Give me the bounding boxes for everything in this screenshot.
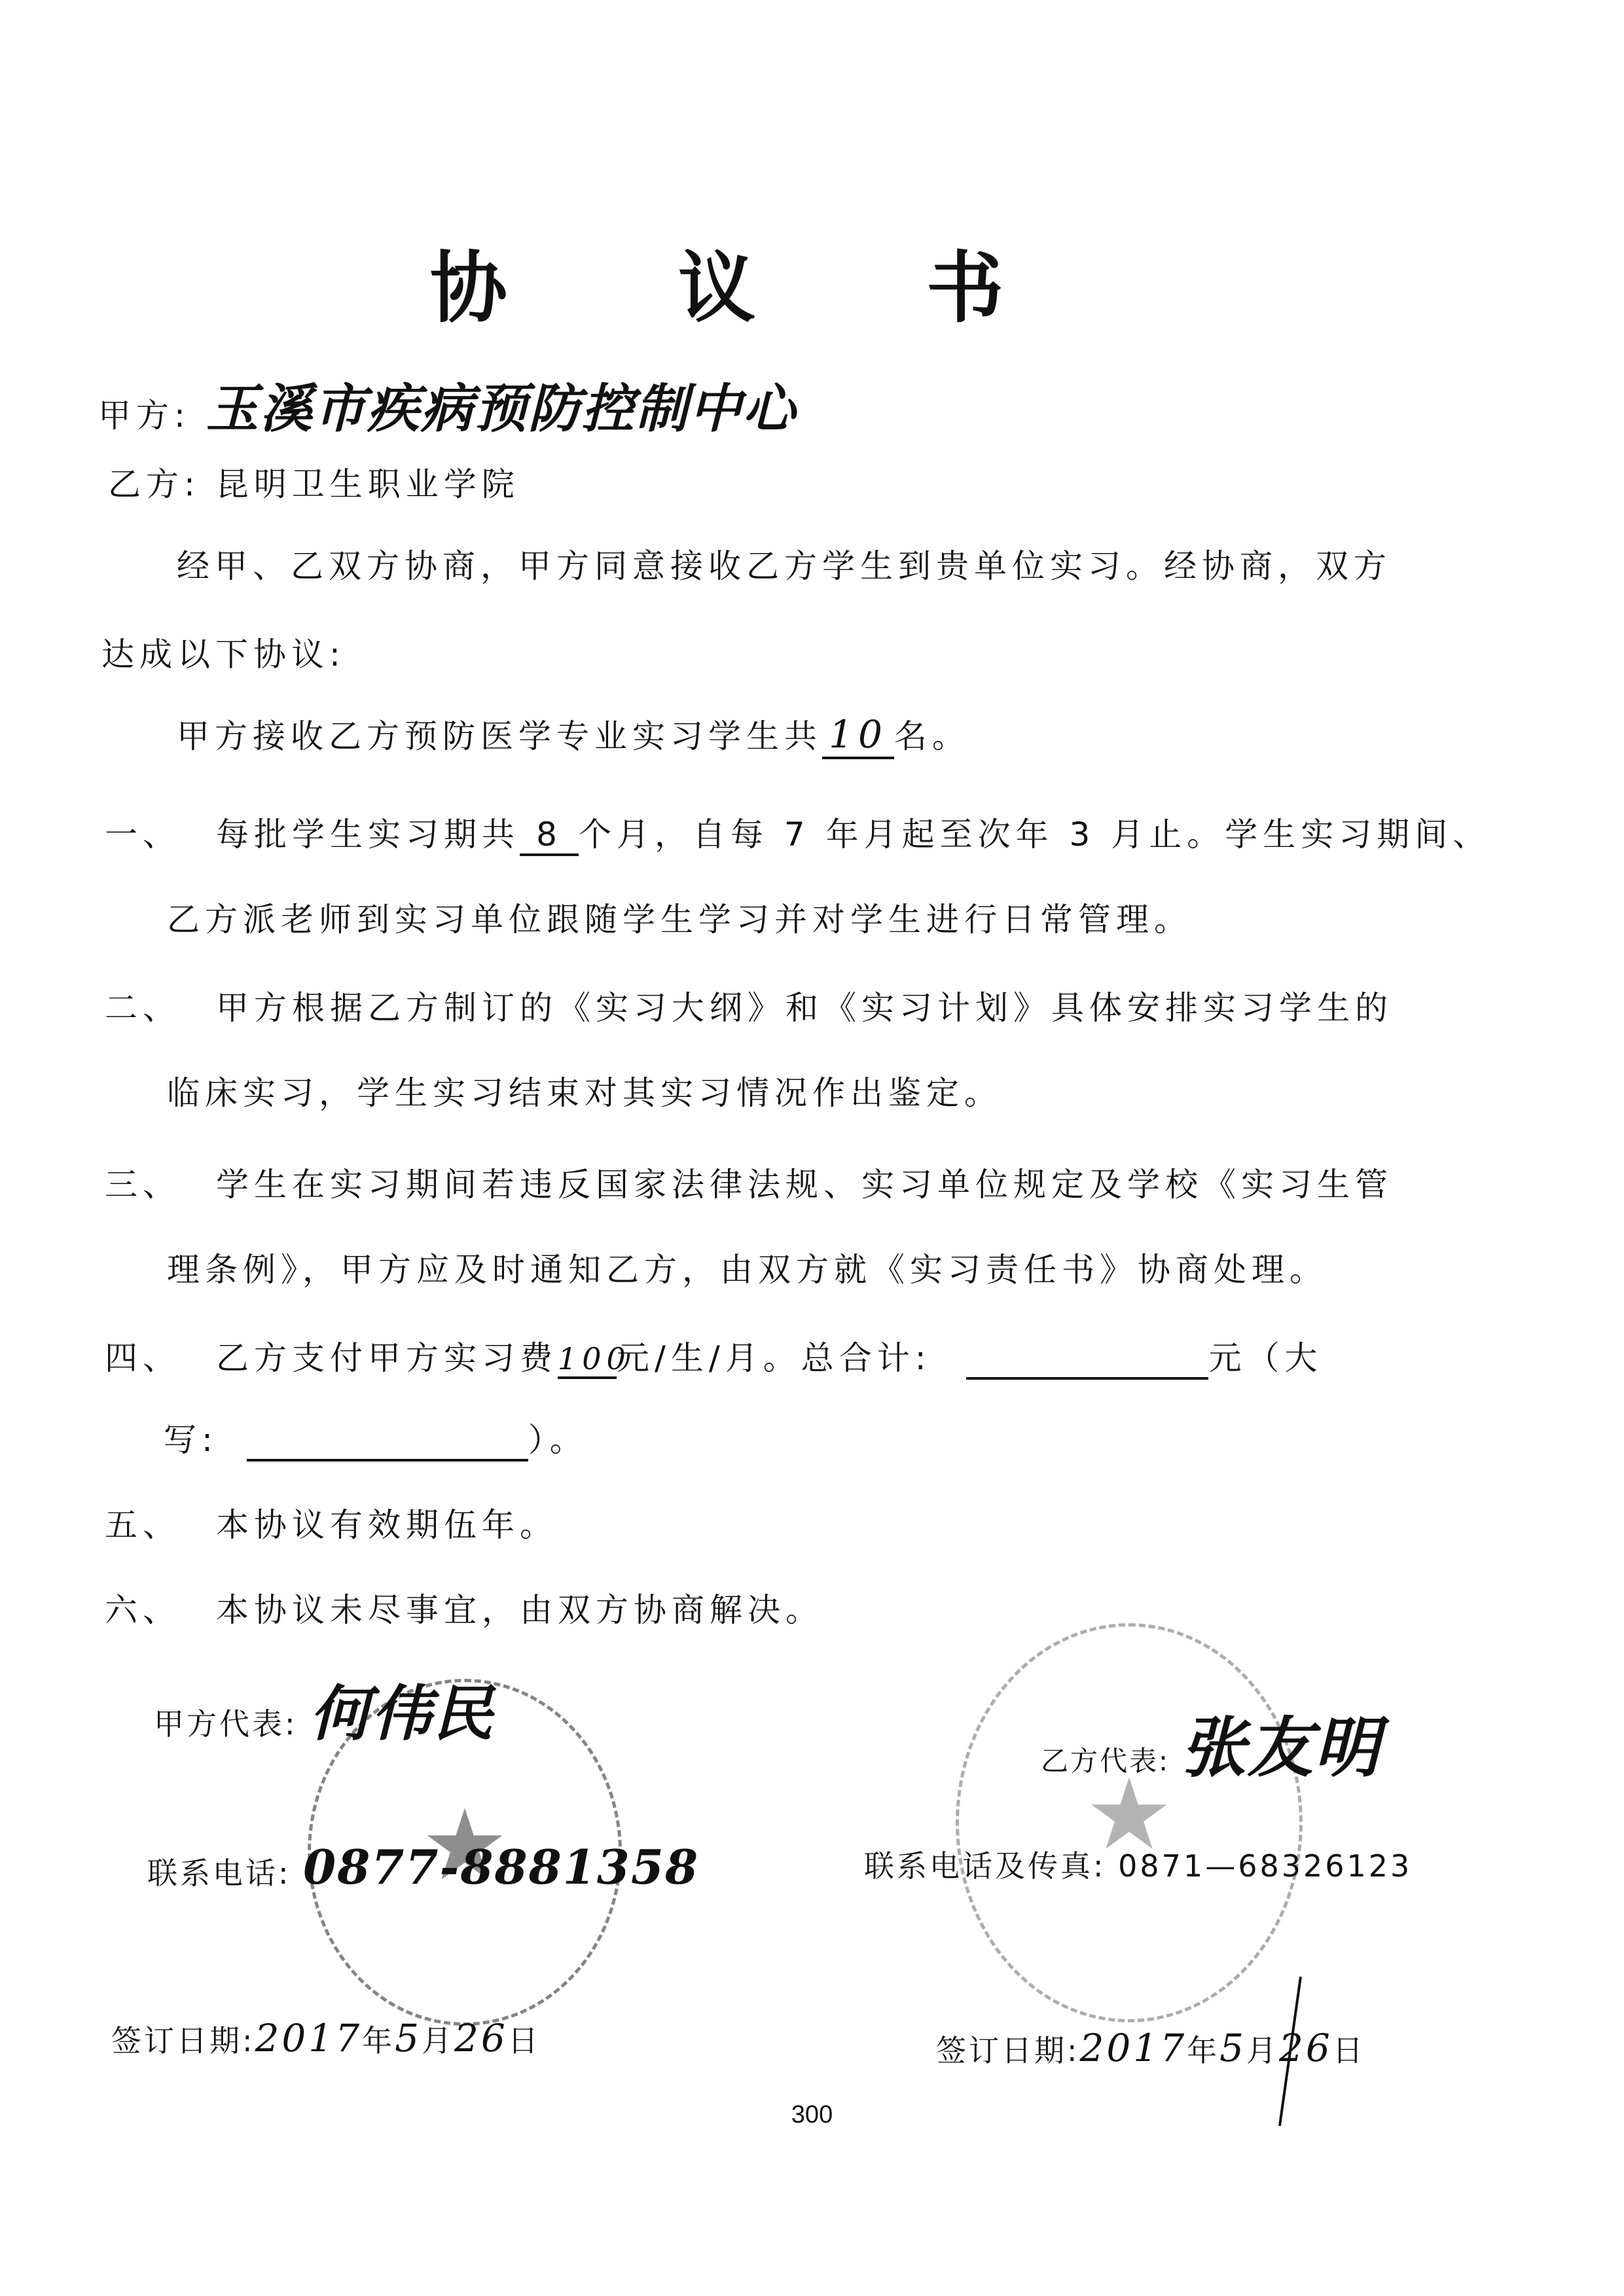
clause-text: 本协议有效期伍年。: [216, 1506, 558, 1544]
clause-text: 元/生/月。总合计:: [617, 1339, 931, 1377]
page-number: 300: [0, 2101, 1624, 2129]
date-year: 2017: [255, 2016, 363, 2060]
date-year: 2017: [1080, 2026, 1187, 2070]
party-a-handwritten-name: 玉溪市疾病预防控制中心: [206, 378, 797, 439]
clause-number: 四、: [105, 1332, 216, 1379]
clause-number: 二、: [105, 982, 216, 1029]
total-amount-field: [966, 1339, 1208, 1380]
date-day: 26: [454, 2016, 508, 2060]
party-a-phone-label: 联系电话:: [147, 1856, 291, 1891]
clause-text: 乙方支付甲方实习费: [216, 1339, 558, 1377]
party-a-rep-line: 甲方代表: 何伟民: [154, 1666, 494, 1752]
party-a-date-line: 签订日期:2017年5月26日: [111, 2016, 541, 2060]
months-field: 8: [520, 816, 579, 856]
party-b-rep-signature: 张友明: [1181, 1709, 1381, 1786]
clause-5: 五、本协议有效期伍年。: [105, 1499, 558, 1546]
party-b-rep-line: 乙方代表: 张友明: [1041, 1695, 1381, 1789]
party-b-date-label: 签订日期:: [936, 2033, 1080, 2068]
date-month: 5: [1219, 2026, 1246, 2070]
clause-text: 本协议未尽事宜，由双方协商解决。: [216, 1591, 823, 1629]
students-count-field: 10: [822, 712, 894, 759]
clause-text: 学生在实习期间若违反国家法律法规、实习单位规定及学校《实习生管: [216, 1166, 1393, 1204]
document-title: 协 议 书: [0, 226, 1506, 337]
clause-text: 写:: [164, 1421, 218, 1459]
fee-field: 100: [558, 1341, 617, 1379]
party-a-phone: 0877-8881358: [303, 1839, 699, 1895]
clause-4-line-1: 四、乙方支付甲方实习费100元/生/月。总合计: 元（大: [105, 1332, 1322, 1380]
clause-number: 五、: [105, 1499, 216, 1546]
clause-3-line-1: 三、学生在实习期间若违反国家法律法规、实习单位规定及学校《实习生管: [105, 1158, 1393, 1206]
party-b-line: 乙方: 昆明卫生职业学院: [108, 458, 520, 505]
clause-number: 六、: [105, 1584, 216, 1631]
day-char: 日: [508, 2023, 541, 2058]
party-a-date-label: 签订日期:: [111, 2023, 255, 2058]
clause-6: 六、本协议未尽事宜，由双方协商解决。: [105, 1584, 823, 1631]
year-char: 年: [1187, 2033, 1219, 2068]
party-b-name: 昆明卫生职业学院: [216, 465, 520, 503]
clause-2-line-1: 二、甲方根据乙方制订的《实习大纲》和《实习计划》具体安排实习学生的: [105, 982, 1393, 1029]
party-a-rep-signature: 何伟民: [310, 1678, 494, 1749]
party-b-date-line: 签订日期:2017年5月26日: [936, 2026, 1365, 2070]
year-char: 年: [362, 2023, 395, 2058]
clause-3-line-2: 理条例》，甲方应及时通知乙方，由双方就《实习责任书》协商处理。: [167, 1244, 1327, 1291]
students-line: 甲方接收乙方预防医学专业实习学生共10名。: [177, 710, 970, 759]
party-a-line: 甲方: 玉溪市疾病预防控制中心: [98, 367, 797, 442]
month-char: 月: [422, 2023, 454, 2058]
clause-text: 元（大: [1208, 1339, 1322, 1377]
party-b-rep-label: 乙方代表:: [1041, 1745, 1170, 1777]
clause-text: 每批学生实习期共: [216, 816, 520, 853]
clause-2-line-2: 临床实习，学生实习结束对其实习情况作出鉴定。: [167, 1067, 1002, 1114]
party-b-phone: 0871—68326123: [1118, 1848, 1412, 1884]
clause-number: 三、: [105, 1158, 216, 1206]
clause-number: 一、: [105, 808, 216, 855]
total-words-field: [247, 1421, 528, 1462]
clause-text: ）。: [528, 1421, 588, 1459]
party-b-official-seal: ★: [956, 1623, 1303, 2022]
party-a-rep-label: 甲方代表:: [154, 1706, 298, 1742]
date-month: 5: [395, 2016, 422, 2060]
clause-4-line-2: 写: ）。: [164, 1414, 588, 1462]
party-a-phone-line: 联系电话: 0877-8881358: [147, 1839, 699, 1895]
clause-1-line-1: 一、每批学生实习期共8个月，自每 7 年月起至次年 3 月止。学生实习期间、: [105, 808, 1490, 856]
party-b-phone-line: 联系电话及传真: 0871—68326123: [864, 1842, 1412, 1886]
party-a-label: 甲方:: [98, 397, 190, 435]
clause-1-line-2: 乙方派老师到实习单位跟随学生学习并对学生进行日常管理。: [167, 893, 1192, 941]
day-char: 日: [1333, 2033, 1365, 2068]
clause-text: 甲方根据乙方制订的《实习大纲》和《实习计划》具体安排实习学生的: [216, 989, 1393, 1027]
party-b-label: 乙方:: [108, 465, 200, 503]
month-char: 月: [1246, 2033, 1279, 2068]
party-b-phone-label: 联系电话及传真:: [864, 1848, 1106, 1884]
clause-text: 个月，自每 7 年月起至次年 3 月止。学生实习期间、: [579, 816, 1490, 853]
students-suffix: 名。: [894, 717, 970, 755]
students-text: 甲方接收乙方预防医学专业实习学生共: [177, 717, 822, 755]
intro-line-2: 达成以下协议:: [101, 628, 346, 675]
intro-line-1: 经甲、乙双方协商，甲方同意接收乙方学生到贵单位实习。经协商，双方: [177, 540, 1392, 587]
